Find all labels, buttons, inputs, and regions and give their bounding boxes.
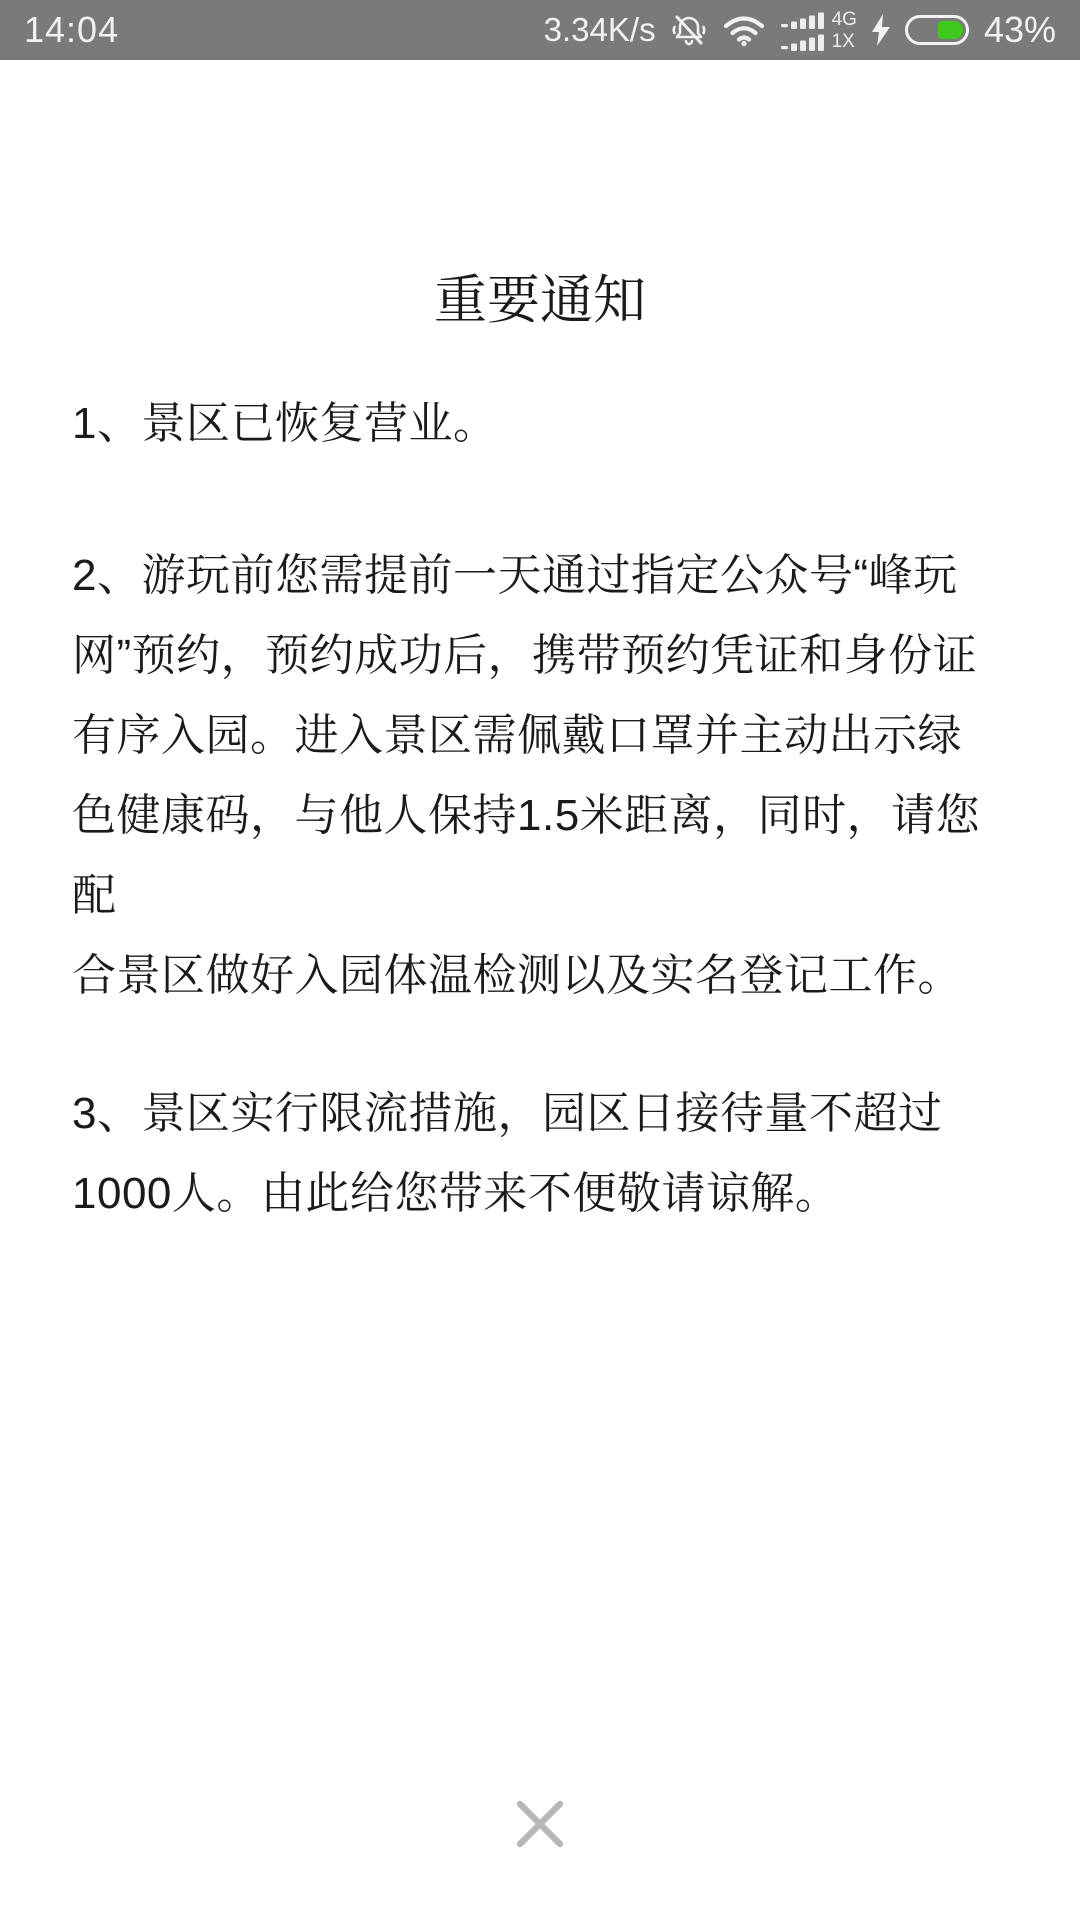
battery-fill [938, 21, 963, 39]
sim1-network-label: 4G [832, 10, 857, 29]
notice-paragraph-2: 2、游玩前您需提前一天通过指定公众号“峰玩 网”预约，预约成功后，携带预约凭证和… [72, 536, 1008, 1016]
wifi-icon [722, 13, 766, 47]
status-time: 14:04 [24, 9, 119, 50]
notice-paragraph-1: 1、景区已恢复营业。 [72, 384, 1008, 464]
signal-bars: 4G 1X [781, 10, 857, 51]
screen: 14:04 3.34K/s [0, 0, 1080, 1920]
notice-paragraph-3: 3、景区实行限流措施，园区日接待量不超过 1000人。由此给您带来不便敬请谅解。 [72, 1074, 1008, 1234]
close-x-icon [511, 1795, 569, 1853]
sim2-network-label: 1X [832, 32, 855, 51]
notice-content: 重要通知 1、景区已恢复营业。 2、游玩前您需提前一天通过指定公众号“峰玩 网”… [0, 60, 1080, 1234]
status-bar: 14:04 3.34K/s [0, 0, 1080, 60]
close-button[interactable] [508, 1792, 572, 1856]
signal-bars-sim2-icon [781, 34, 827, 51]
battery-icon [905, 15, 969, 45]
network-speed: 3.34K/s [544, 11, 656, 49]
signal-bars-sim1-icon [781, 12, 827, 29]
charging-bolt-icon [872, 14, 890, 46]
mute-bell-icon [671, 12, 707, 48]
notice-title: 重要通知 [72, 60, 1008, 332]
battery-percent: 43% [984, 9, 1056, 51]
